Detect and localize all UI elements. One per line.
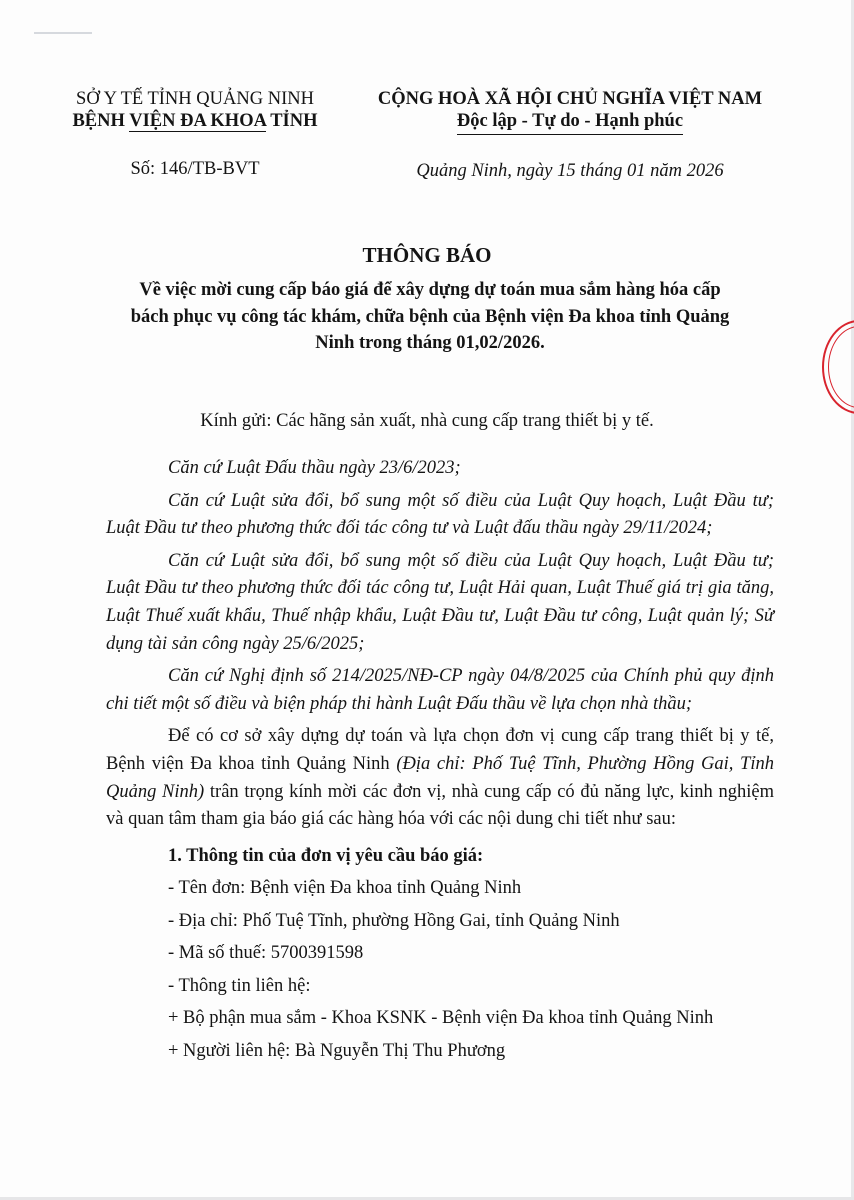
list-item: - Tên đơn: Bệnh viện Đa khoa tỉnh Quảng … <box>168 872 774 905</box>
intro-paragraph: Để có cơ sở xây dựng dự toán và lựa chọn… <box>106 723 774 833</box>
agency-name: SỞ Y TẾ TỈNH QUẢNG NINH <box>50 88 340 110</box>
nation-title: CỘNG HOÀ XÃ HỘI CHỦ NGHĨA VIỆT NAM <box>360 88 780 110</box>
scan-mark <box>34 32 92 34</box>
document-page: SỞ Y TẾ TỈNH QUẢNG NINH BỆNH VIỆN ĐA KHO… <box>0 0 854 1200</box>
list-item: - Thông tin liên hệ: <box>168 970 774 1003</box>
red-seal-stamp <box>822 320 854 414</box>
hospital-name: BỆNH VIỆN ĐA KHOA TỈNH <box>50 110 340 132</box>
national-motto: Độc lập - Tự do - Hạnh phúc <box>457 110 683 135</box>
document-subtitle: Về việc mời cung cấp báo giá để xây dựng… <box>130 277 730 357</box>
document-body: Căn cứ Luật Đấu thầu ngày 23/6/2023; Căn… <box>106 455 774 1067</box>
list-item: - Địa chỉ: Phố Tuệ Tĩnh, phường Hồng Gai… <box>168 905 774 938</box>
document-number: Số: 146/TB-BVT <box>50 158 340 180</box>
list-item: - Mã số thuế: 5700391598 <box>168 937 774 970</box>
legal-basis-4: Căn cứ Nghị định số 214/2025/NĐ-CP ngày … <box>106 663 774 718</box>
section-1-heading: 1. Thông tin của đơn vị yêu cầu báo giá: <box>168 840 774 873</box>
greeting: Kính gửi: Các hãng sản xuất, nhà cung cấ… <box>0 411 854 432</box>
legal-basis-2: Căn cứ Luật sửa đổi, bổ sung một số điều… <box>106 488 774 543</box>
list-item: + Bộ phận mua sắm - Khoa KSNK - Bệnh việ… <box>168 1002 774 1035</box>
document-title: THÔNG BÁO <box>0 243 854 268</box>
national-header-block: CỘNG HOÀ XÃ HỘI CHỦ NGHĨA VIỆT NAM Độc l… <box>360 88 780 182</box>
list-item: + Người liên hệ: Bà Nguyễn Thị Thu Phươn… <box>168 1035 774 1068</box>
legal-basis-1: Căn cứ Luật Đấu thầu ngày 23/6/2023; <box>106 455 774 483</box>
issuing-agency-block: SỞ Y TẾ TỈNH QUẢNG NINH BỆNH VIỆN ĐA KHO… <box>50 88 340 180</box>
section-1: 1. Thông tin của đơn vị yêu cầu báo giá:… <box>106 840 774 1068</box>
legal-basis-3: Căn cứ Luật sửa đổi, bổ sung một số điều… <box>106 548 774 658</box>
place-date: Quảng Ninh, ngày 15 tháng 01 năm 2026 <box>360 160 780 182</box>
